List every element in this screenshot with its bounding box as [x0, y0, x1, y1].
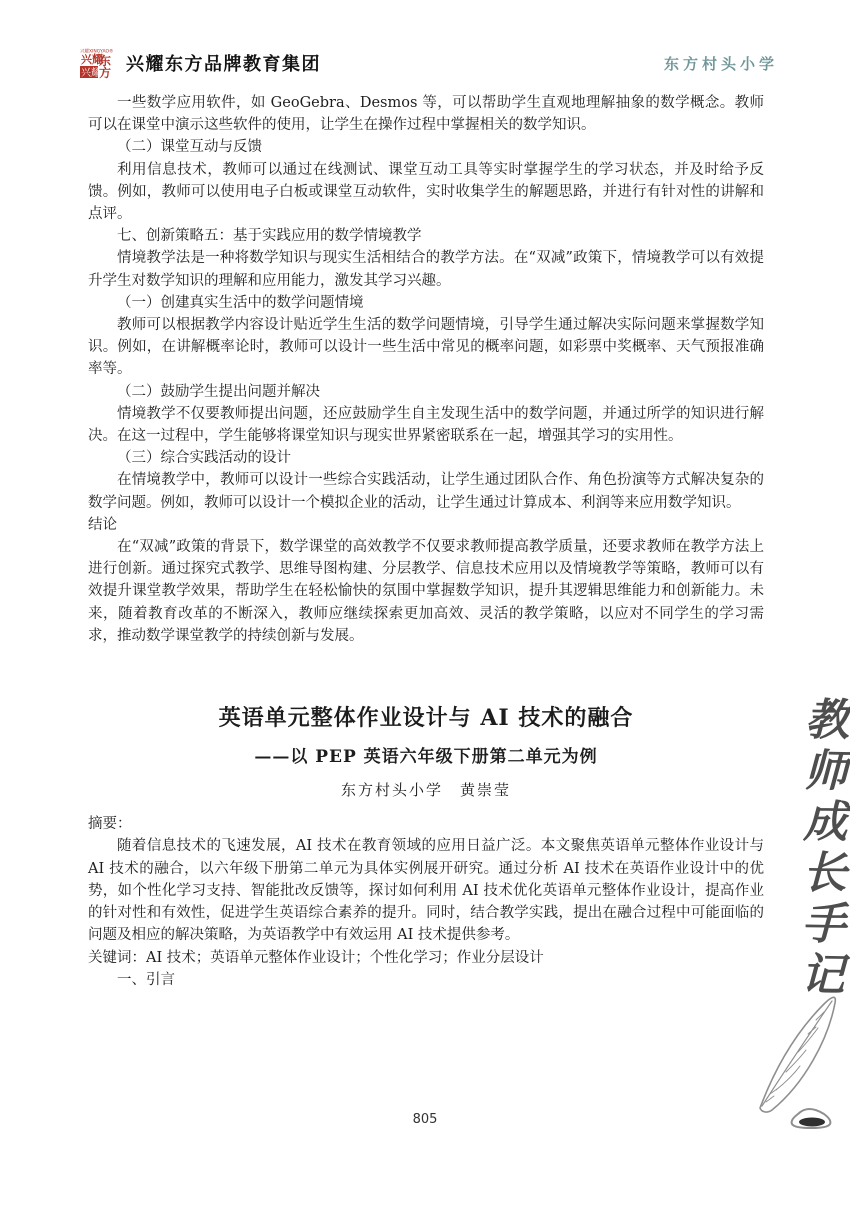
svg-text:兴耀: 兴耀	[81, 66, 101, 79]
section-heading-intro: 一、引言	[88, 969, 764, 991]
svg-text:方: 方	[99, 65, 111, 80]
page-number: 805	[0, 1112, 850, 1127]
article-subtitle: ——以 PEP 英语六年级下册第二单元为例	[88, 745, 764, 769]
document-body: 一些数学应用软件，如 GeoGebra、Desmos 等，可以帮助学生直观地理解…	[88, 92, 764, 991]
school-name: 东方村头小学	[664, 53, 778, 74]
abstract-text: 随着信息技术的飞速发展，AI 技术在教育领域的应用日益广泛。本文聚焦英语单元整体…	[88, 835, 764, 946]
body-paragraph: 一些数学应用软件，如 GeoGebra、Desmos 等，可以帮助学生直观地理解…	[88, 92, 764, 136]
body-paragraph: 情境教学法是一种将数学知识与现实生活相结合的教学方法。在“双减”政策下，情境教学…	[88, 247, 764, 291]
author-line: 东方村头小学 黄崇莹	[88, 779, 764, 801]
keywords-line: 关键词：AI 技术；英语单元整体作业设计；个性化学习；作业分层设计	[88, 947, 764, 969]
xingyao-seal-logo: 兴耀XINGYAO® 兴耀 东 方 兴耀	[78, 46, 120, 80]
svg-text:兴耀: 兴耀	[81, 52, 103, 66]
subsection-heading: （二）课堂互动与反馈	[88, 136, 764, 158]
abstract-label: 摘要：	[88, 813, 764, 835]
subsection-heading: （二）鼓励学生提出问题并解决	[88, 381, 764, 403]
subsection-heading: （三）综合实践活动的设计	[88, 447, 764, 469]
brand-name: 兴耀东方品牌教育集团	[126, 50, 321, 76]
body-paragraph: 教师可以根据教学内容设计贴近学生生活的数学问题情境，引导学生通过解决实际问题来掌…	[88, 314, 764, 381]
body-paragraph: 在“双减”政策的背景下，数学课堂的高效教学不仅要求教师提高教学质量，还要求教师在…	[88, 536, 764, 647]
page-header: 兴耀XINGYAO® 兴耀 东 方 兴耀 兴耀东方品牌教育集团 东方村头小学	[78, 46, 778, 80]
body-paragraph: 在情境教学中，教师可以设计一些综合实践活动，让学生通过团队合作、角色扮演等方式解…	[88, 469, 764, 513]
subsection-heading: （一）创建真实生活中的数学问题情境	[88, 292, 764, 314]
article-title: 英语单元整体作业设计与 AI 技术的融合	[88, 703, 764, 733]
body-paragraph: 情境教学不仅要教师提出问题，还应鼓励学生自主发现生活中的数学问题，并通过所学的知…	[88, 403, 764, 447]
body-paragraph: 利用信息技术，教师可以通过在线测试、课堂互动工具等实时掌握学生的学习状态，并及时…	[88, 159, 764, 226]
brand-block: 兴耀XINGYAO® 兴耀 东 方 兴耀 兴耀东方品牌教育集团	[78, 46, 321, 80]
conclusion-heading: 结论	[88, 514, 764, 536]
document-page: 兴耀XINGYAO® 兴耀 东 方 兴耀 兴耀东方品牌教育集团 东方村头小学 一…	[0, 0, 850, 1205]
article-english-ai: 英语单元整体作业设计与 AI 技术的融合 ——以 PEP 英语六年级下册第二单元…	[88, 703, 764, 991]
teacher-growth-notes-calligraphy: 教师成长手记	[795, 696, 844, 1003]
section-heading: 七、创新策略五：基于实践应用的数学情境教学	[88, 225, 764, 247]
